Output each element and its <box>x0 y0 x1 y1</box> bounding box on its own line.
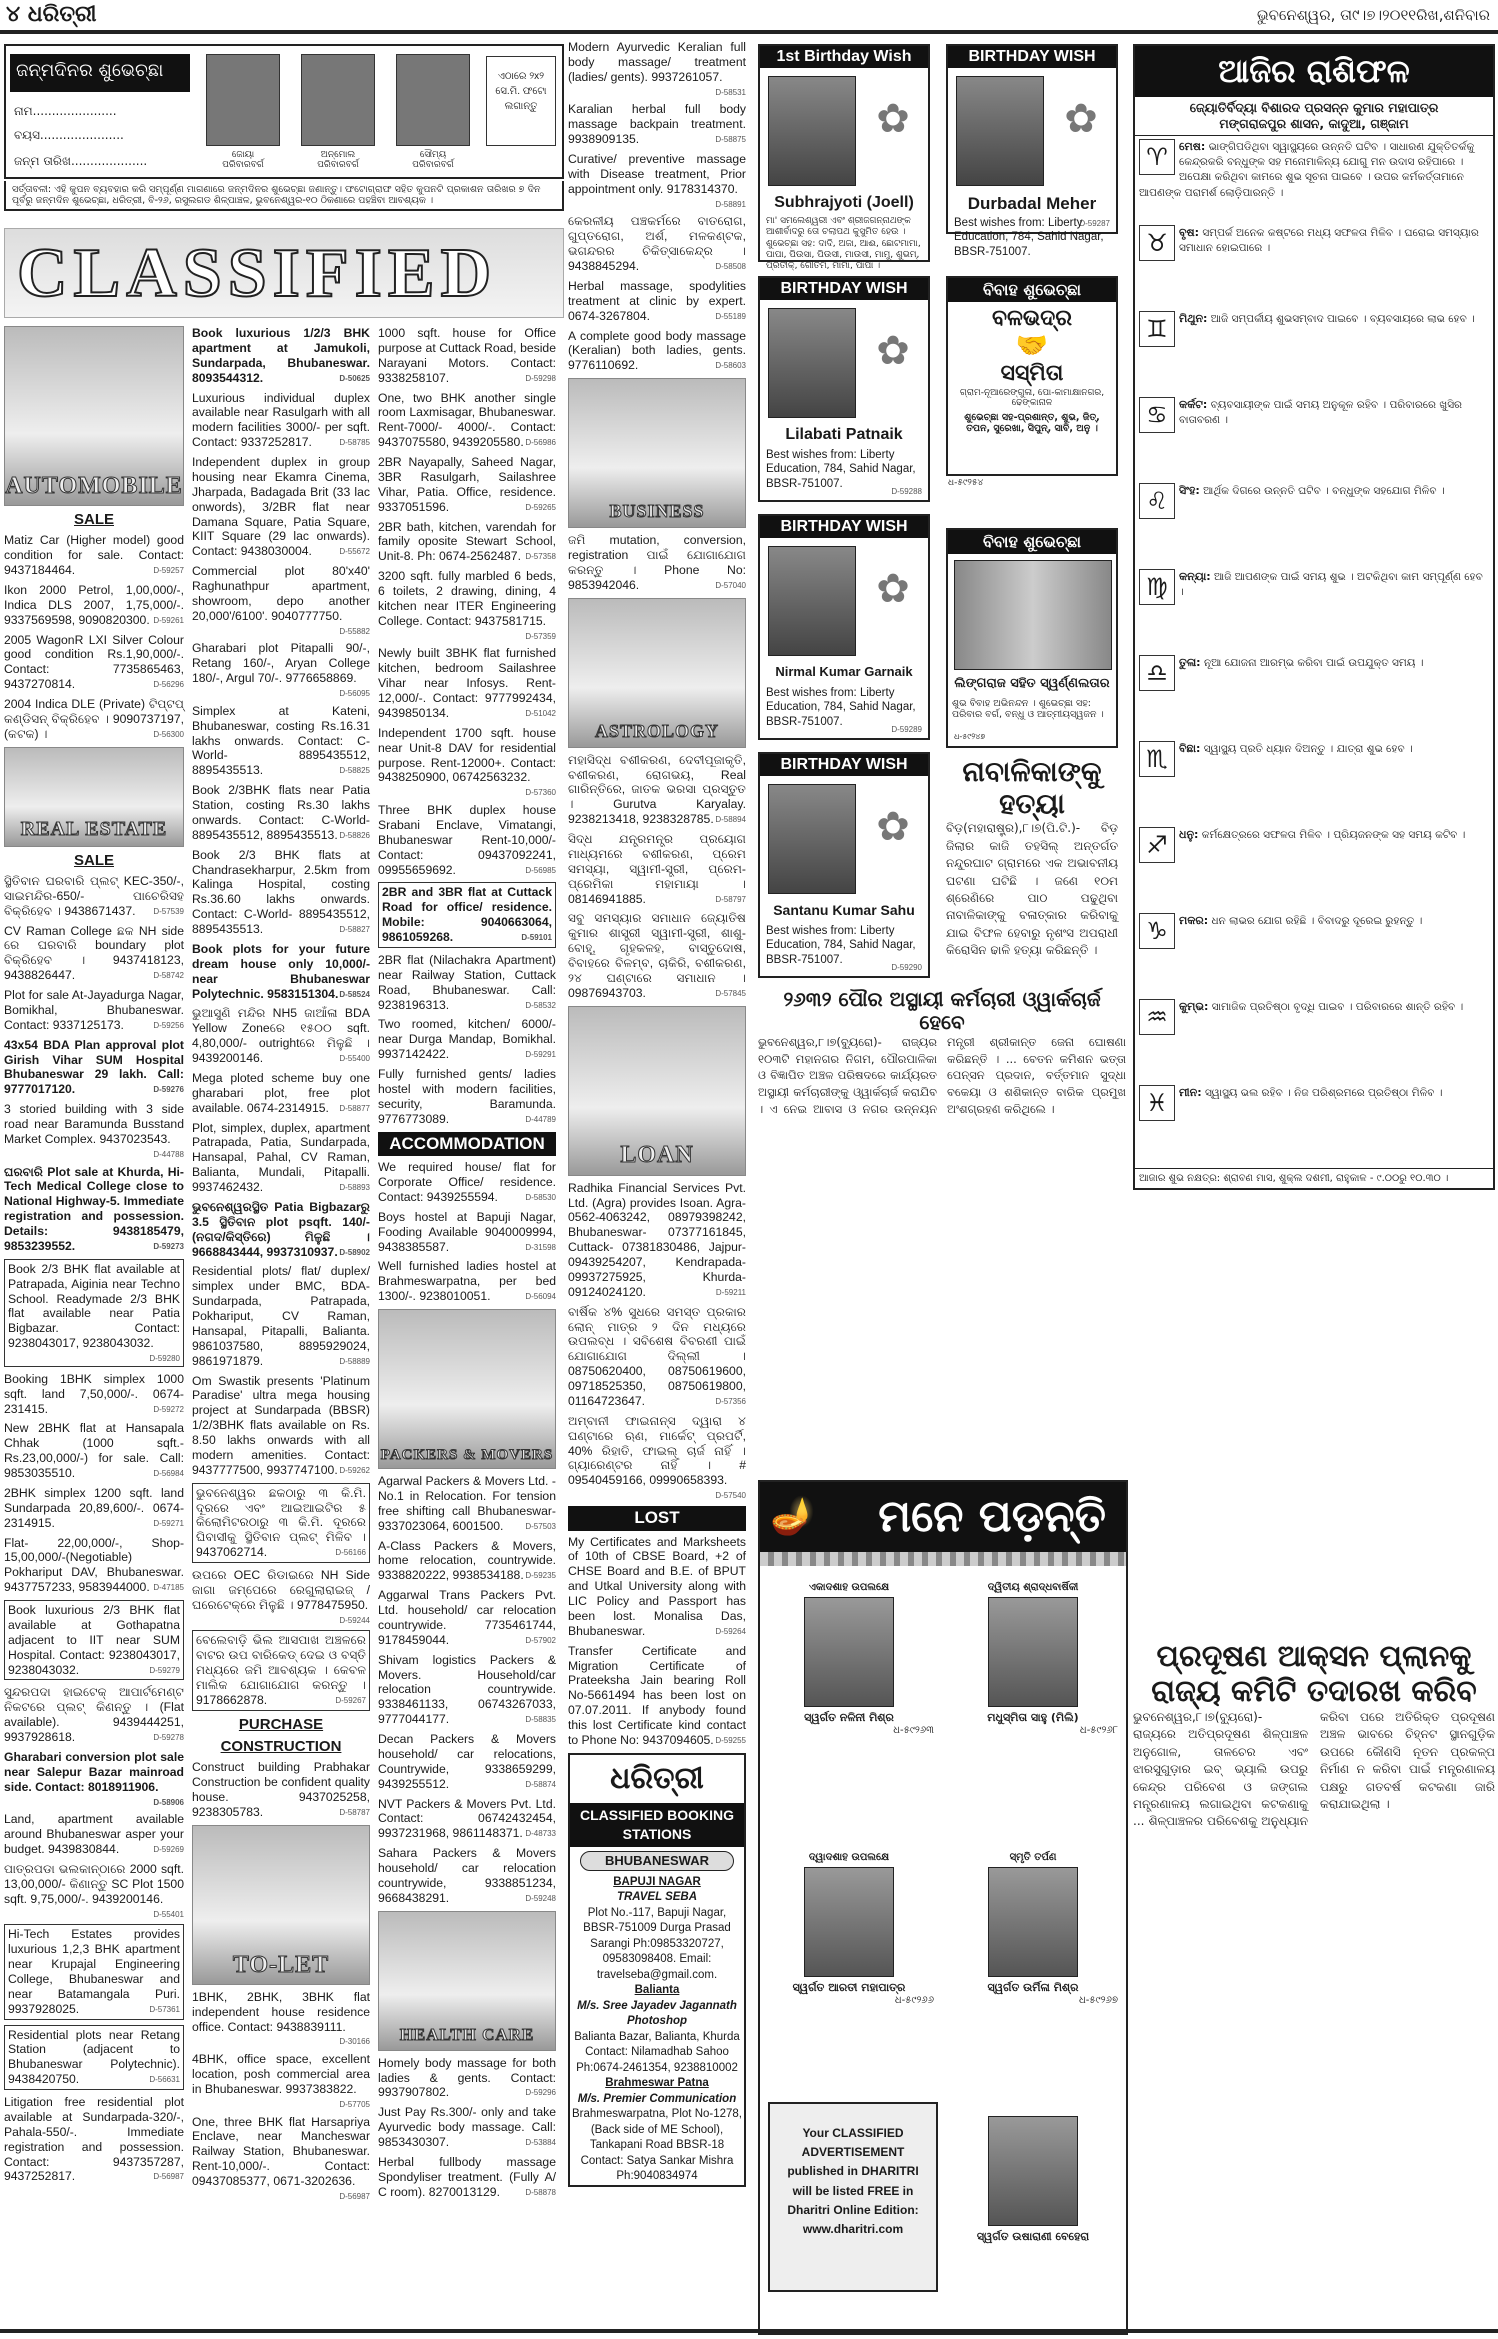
ad-code: ଧ-୫୯୨୪୭ <box>954 732 985 742</box>
section-heading: SALE <box>4 852 184 870</box>
classified-ad: Gharabari plot Pitapalli 90/-, Retang 16… <box>192 641 370 698</box>
news-article: ନାବାଳିକାଙ୍କୁ ହତ୍ୟା ବିଡ଼(ମହାରାଷ୍ଟ୍ର),୮।୭(… <box>946 756 1118 960</box>
ad-text: Independent 1700 sqft. house near Unit-8… <box>378 726 556 785</box>
wish-card: BIRTHDAY WISH ✿ Nirmal Kumar Garnaik Bes… <box>758 514 930 740</box>
ad-code: D-56300 <box>153 730 184 740</box>
sign-text: ଧନ ଲାଭର ଯୋଗ ରହିଛି । ବିବାଦରୁ ଦୂରେଇ ରୁହନ୍ତ… <box>1211 915 1422 927</box>
classified-ad: Herbal massage, spodylities treatment at… <box>568 279 746 324</box>
ad-text: 1BHK, 2BHK, 3BHK flat independent house … <box>192 1990 370 2034</box>
classified-ad: New 2BHK flat at Hansapala Chhak (1000 s… <box>4 1421 184 1481</box>
ad-code: D-59271 <box>153 1519 184 1529</box>
classified-ad: Decan Packers & Movers household/ car re… <box>378 1732 556 1792</box>
ad-text: Om Swastik presents 'Platinum Paradise' … <box>192 1374 370 1477</box>
classified-ad: Radhika Financial Services Pvt. Ltd. (Ag… <box>568 1181 746 1300</box>
wish-photo <box>768 76 856 186</box>
photo-caption: ସୌମ୍ୟପରିବାରବର୍ଗ <box>393 150 473 170</box>
sign-text: ସମ୍ପର୍କ ଅନେକ କଷ୍ଟରେ ମଧ୍ୟ ସଫଳତା ମିଳିବ । ଘ… <box>1179 227 1479 254</box>
ad-text: Hi-Tech Estates provides luxurious 1,2,3… <box>8 1927 180 2015</box>
wish-name: Subhrajyoti (Joell) <box>764 194 924 212</box>
classified-ad: Sahara Packers & Movers household/ car r… <box>378 1846 556 1906</box>
coupon-field-dob: ଜନ୍ମ ତାରିଖ.................... <box>14 154 147 169</box>
zodiac-icon: ♋ <box>1139 397 1175 433</box>
classified-ad: Well furnished ladies hostel at Brahmesw… <box>378 1259 556 1304</box>
ad-code: D-57540 <box>715 1491 746 1501</box>
couple-photo <box>954 560 1112 670</box>
ad-code: D-57356 <box>715 1397 746 1407</box>
station-area: BAPUJI NAGAR <box>613 1876 701 1888</box>
classified-ad: Three BHK duplex house Srabani Enclave, … <box>378 803 556 877</box>
classified-ad: Two roomed, kitchen/ 6000/- near Durga M… <box>378 1017 556 1062</box>
wish-name: Durbadal Meher <box>952 194 1112 214</box>
classified-ad: 2BR bath, kitchen, varendah for family o… <box>378 520 556 565</box>
page-label: ୪ ଧରିତ୍ରୀ <box>6 2 97 27</box>
news-article: ୨୬୩୨ ପୌର ଅସ୍ଥାୟୀ କର୍ମଚାରୀ ଓ୍ୱାର୍କଚାର୍ଜ ହ… <box>758 988 1126 1117</box>
child-photo <box>396 54 470 146</box>
ad-code: D-59248 <box>525 1894 556 1904</box>
classified-ad: ଅମ୍ବାନୀ ଫାଇନାନ୍ସ ଦ୍ୱାରା ୪ ଘଣ୍ଟାରେ ଋଣ, ମା… <box>568 1414 746 1501</box>
ad-code: D-59261 <box>153 616 184 626</box>
packers-image: PACKERS & MOVERS <box>378 1309 556 1469</box>
ad-code: D-59291 <box>525 1050 556 1060</box>
zodiac-icon: ♑ <box>1139 913 1175 949</box>
classified-ad: କେରଳୀୟ ପଞ୍ଚକର୍ମରେ ବାତରୋଗ, ଗୁପ୍ତରୋଗ, ଅର୍ଶ… <box>568 214 746 274</box>
zodiac-sign-entry: ♊ମିଥୁନ: ଆଜି ସମ୍ପର୍କୀୟ ଶୁଭସମ୍ବାଦ ପାଇବେ । … <box>1135 308 1493 394</box>
classified-ad: Herbal fullbody massage Spondyliser trea… <box>378 2155 556 2200</box>
classified-ad: ଉପରେ OEC ରିଡାଇରେ NH Side ଜାଗା ଜମ୍ପେରେ ରେ… <box>192 1568 370 1625</box>
classified-ad: 43x54 BDA Plan approval plot Girish Viha… <box>4 1038 184 1098</box>
lamp-icon: 🪔 <box>760 1482 815 1552</box>
photo-slot: ଏଠାରେ ୨x୨ ସେ.ମି. ଫଟୋ ଲଗାନ୍ତୁ <box>486 56 556 146</box>
zodiac-icon: ♏ <box>1139 741 1175 777</box>
zodiac-sign-entry: ♍କନ୍ୟା: ଆଜି ଆପଣଙ୍କ ପାଇଁ ସମୟ ଶୁଭ । ଅଟକିଥି… <box>1135 566 1493 652</box>
flower-border <box>760 1552 1126 1566</box>
sign-text: ସ୍ୱାସ୍ଥ୍ୟ ପ୍ରତି ଧ୍ୟାନ ଦିଅନ୍ତୁ । ଯାତ୍ରା ଶ… <box>1204 743 1413 755</box>
sign-text: ଆଜି ସମ୍ପର୍କୀୟ ଶୁଭସମ୍ବାଦ ପାଇବେ । ବ୍ୟବସାୟର… <box>1211 313 1475 325</box>
ad-code: D-58891 <box>715 200 746 210</box>
zodiac-sign-entry: ♌ସିଂହ: ଆର୍ଥିକ ଦିଗରେ ଉନ୍ନତି ଘଟିବ । ବନ୍ଧୁଙ… <box>1135 480 1493 566</box>
ad-text: 3 storied building with 3 side road near… <box>4 1102 184 1146</box>
classified-ad: ମହାସିଦ୍ଧ ବଶୀକରଣ, ଦେବୀପୂଜାକୃତି, ବଶୀକରଣ, ର… <box>568 753 746 827</box>
photo-caption: ଅନ୍‌ମୋଲପରିବାରବର୍ଗ <box>298 150 378 170</box>
classified-ad: Construct building Prabhakar Constructio… <box>192 1760 370 1820</box>
classified-ad: Simplex at Kateni, Bhubaneswar, costing … <box>192 704 370 778</box>
zodiac-sign-entry: ♋କର୍କଟ: ବ୍ୟବସାୟୀଙ୍କ ପାଇଁ ସମୟ ଅନୁକୂଳ ରହିବ… <box>1135 394 1493 480</box>
address: ଗ୍ରାମ-ନୂଆରେଙ୍ଗୁଳା, ପୋ-କାମାକ୍ଷାନଗର, ଢେଙ୍କ… <box>948 386 1116 410</box>
ad-code: ଧ-୫୯୨୫୪ <box>948 478 983 488</box>
ad-code: D-59235 <box>525 1571 556 1581</box>
ad-code: D-59244 <box>339 1616 370 1626</box>
ad-code: D-55400 <box>339 1054 370 1064</box>
ad-text: 4BHK, office space, excellent location, … <box>192 2052 370 2096</box>
news-headline: ନାବାଳିକାଙ୍କୁ ହତ୍ୟା <box>946 756 1118 820</box>
wish-name: Nirmal Kumar Garnaik <box>764 664 924 679</box>
classified-ad: Residential plots near Retang Station (a… <box>4 2025 184 2091</box>
ad-code: D-58532 <box>525 1001 556 1011</box>
ad-code: D-58785 <box>339 438 370 448</box>
couple-names: ଲିଙ୍ଗରାଜ ସହିତ ସ୍ୱର୍ଣ୍ଣଲତାର <box>952 676 1112 691</box>
horoscope-section: ଆଜିର ରାଶିଫଳ ଜ୍ୟୋତିର୍ବିଦ୍ୟା ବିଶାରଦ ପ୍ରସନ୍… <box>1133 44 1495 1190</box>
ad-code: D-59256 <box>153 1021 184 1031</box>
flower-vase-icon: ✿ <box>1056 96 1106 176</box>
classified-ad: 3 storied building with 3 side road near… <box>4 1102 184 1159</box>
wish-text: Best wishes from: Liberty Education, 784… <box>766 448 922 491</box>
ad-text: Commercial plot 80'x40' Raghunathpur apa… <box>192 564 370 623</box>
classified-ad: We required house/ flat for Corporate Of… <box>378 1160 556 1205</box>
ad-code: D-59287 <box>1079 219 1110 228</box>
ad-code: D-59255 <box>715 1736 746 1746</box>
classified-ad: 1BHK, 2BHK, 3BHK flat independent house … <box>192 1990 370 2047</box>
sign-name: ମିଥୁନ: <box>1179 312 1207 325</box>
zodiac-sign-entry: ♐ଧନୁ: କର୍ମକ୍ଷେତ୍ରରେ ସଫଳତା ମିଳିବ । ପ୍ରିୟଜ… <box>1135 824 1493 910</box>
ad-code: D-59211 <box>716 1288 746 1298</box>
ad-code: D-30166 <box>339 2037 370 2047</box>
sign-name: କନ୍ୟା: <box>1179 570 1211 583</box>
ad-code: D-55672 <box>339 547 370 557</box>
sign-text: ସାମାଜିକ ପ୍ରତିଷ୍ଠା ବୃଦ୍ଧି ପାଇବ । ପରିବାରରେ… <box>1212 1001 1463 1013</box>
flower-vase-icon: ✿ <box>868 328 918 408</box>
wish-header: BIRTHDAY WISH <box>760 278 928 300</box>
zodiac-sign-entry: ♓ମୀନ: ସ୍ୱାସ୍ଥ୍ୟ ଭଲ ରହିବ । ନିଜ ପରିଶ୍ରମରେ … <box>1135 1082 1493 1168</box>
ad-code: D-58902 <box>339 1248 370 1258</box>
obituary-section: 🪔ମନେ ପଡ଼ନ୍ତି ଏକାଦଶାହ ଉପଲକ୍ଷେସ୍ୱର୍ଗତ ନଳିନ… <box>758 1480 1128 2335</box>
wish-name: Santanu Kumar Sahu <box>764 902 924 918</box>
memorial-entry: ସ୍ୱର୍ଗତ ଉଷାରାଣୀ ବେହେରା <box>948 2112 1118 2244</box>
sign-text: ଆଜି ଆପଣଙ୍କ ପାଇଁ ସମୟ ଶୁଭ । ଅଟକିଥିବା କାମ ସ… <box>1179 571 1483 598</box>
station-details: Balianta Bazar, Balianta, Khurda Contact… <box>570 2030 744 2077</box>
ad-code: D-58603 <box>715 361 746 371</box>
wish-text: ମା' ସମଲେଶ୍ୱରୀ ଏବଂ ଶ୍ରୀଜଗନ୍ନାଥଙ୍କ ଆଶୀର୍ବା… <box>766 216 922 272</box>
groom-name: ବଳଭଦ୍ର <box>948 306 1116 331</box>
ad-code: D-44788 <box>153 1150 184 1160</box>
zodiac-sign-entry: ♑ମକର: ଧନ ଲାଭର ଯୋଗ ରହିଛି । ବିବାଦରୁ ଦୂରେଇ … <box>1135 910 1493 996</box>
ad-code: D-59269 <box>153 1845 184 1855</box>
coupon-terms: ସର୍ତ୍ତାବଳୀ: ଏହି କୁପନ ବ୍ୟବହାର କରି ସମ୍ପୂର୍… <box>4 181 564 211</box>
classified-ad: One, three BHK flat Harsapriya Enclave, … <box>192 2115 370 2202</box>
zodiac-icon: ♓ <box>1139 1085 1175 1121</box>
ad-code: D-57539 <box>153 907 184 917</box>
ad-code: D-58875 <box>715 135 746 145</box>
sign-name: କର୍କଟ: <box>1179 398 1207 411</box>
news-body: ଭୁବନେଶ୍ୱର,୮।୭(ବ୍ୟୁରୋ)- ରାଜ୍ୟର ୧୦୩ଟି ମହାନ… <box>758 1034 1126 1117</box>
memorial-entry: ସ୍ମୃତି ତର୍ପଣସ୍ୱର୍ଗତ ଉର୍ମିଳା ମିଶ୍ରଧ-୫୯୨୬୭ <box>948 1852 1118 2006</box>
classified-ad: ସ୍ଥିତିବାନ ଘରବାରି ପ୍ଲଟ୍ KEC-350/-, ସାଇମନ୍… <box>4 874 184 919</box>
classified-ad: Modern Ayurvedic Keralian full body mass… <box>568 40 746 97</box>
classified-ad: ବେଲେବାଡ଼ି ଭିଲ ଆସପାଖ ଅଞ୍ଚଳରେ ବାଟର ଉପ ବାରି… <box>192 1630 370 1710</box>
classified-ad: ଜମି mutation, conversion, registration ପ… <box>568 533 746 593</box>
ad-text: ଅମ୍ବାନୀ ଫାଇନାନ୍ସ ଦ୍ୱାରା ୪ ଘଣ୍ଟାରେ ଋଣ, ମା… <box>568 1414 746 1488</box>
ad-code: D-56296 <box>153 680 184 690</box>
wish-photo <box>956 76 1044 186</box>
wish-photo <box>768 308 856 418</box>
classified-ad: Karalian herbal full body massage backpa… <box>568 102 746 147</box>
ad-code: D-59257 <box>153 566 184 576</box>
ad-code: D-58797 <box>715 895 746 905</box>
sign-name: ମୀନ: <box>1179 1086 1202 1099</box>
photo-caption: ଜୋୟାପରିବାରବର୍ଗ <box>203 150 283 170</box>
zodiac-icon: ♉ <box>1139 225 1175 261</box>
zodiac-icon: ♊ <box>1139 311 1175 347</box>
column-4: Modern Ayurvedic Keralian full body mass… <box>568 40 746 2187</box>
zodiac-icon: ♒ <box>1139 999 1175 1035</box>
handshake-icon: 🤝 <box>948 331 1116 361</box>
ad-code: D-56985 <box>525 866 556 876</box>
news-body: ବିଡ଼(ମହାରାଷ୍ଟ୍ର),୮।୭(ପି.ଟି.)- ବିଡ଼ ଜିଲାର… <box>946 820 1118 959</box>
classified-ad: Book 2/3 BHK flats at Chandrasekharpur, … <box>192 848 370 937</box>
ad-code: D-56094 <box>525 1292 556 1302</box>
classified-ad: Book luxurious 2/3 BHK flat available at… <box>4 1600 184 1680</box>
zodiac-sign-entry: ♒କୁମ୍ଭ: ସାମାଜିକ ପ୍ରତିଷ୍ଠା ବୃଦ୍ଧି ପାଇବ । … <box>1135 996 1493 1082</box>
sign-name: ବିଛା: <box>1179 742 1200 755</box>
ad-code: D-51042 <box>525 709 556 719</box>
ad-code: D-55882 <box>339 627 370 637</box>
ad-code: D-58835 <box>525 1715 556 1725</box>
ad-code: D-56095 <box>339 689 370 699</box>
marriage-wish-card: ବିବାହ ଶୁଭେଚ୍ଛା ଲିଙ୍ଗରାଜ ସହିତ ସ୍ୱର୍ଣ୍ଣଲତା… <box>946 528 1118 748</box>
ad-code: D-58530 <box>525 1193 556 1203</box>
zodiac-icon: ♈ <box>1139 139 1175 175</box>
ad-text: Gharabari conversion plot sale near Sale… <box>4 1750 184 1794</box>
classified-ad: ଭୁଆସୁଣି ମନ୍ଦିର NH5 ଜାଆଁଳା BDA Yellow Zon… <box>192 1006 370 1066</box>
ad-text: ଘରବାରି Plot sale at Khurda, Hi-Tech Medi… <box>4 1165 184 1253</box>
station-details: Plot No.-117, Bapuji Nagar, BBSR-751009 … <box>570 1906 744 1984</box>
wish-header: ବିବାହ ଶୁଭେଚ୍ଛା <box>948 530 1116 554</box>
ad-code: D-57360 <box>525 788 556 798</box>
masthead: ୪ ଧରିତ୍ରୀ ଭୁବନେଶ୍ୱର, ତା୯।୭।୨୦୧୧ରିଖ,ଶନିବା… <box>0 0 1498 34</box>
wish-card: BIRTHDAY WISH ✿ Durbadal Meher Best wish… <box>946 44 1118 234</box>
classified-ad: Shivam logistics Packers & Movers. House… <box>378 1653 556 1727</box>
column-2: Book luxurious 1/2/3 BHK apartment at Ja… <box>192 326 370 2207</box>
classified-ad: Independent duplex in group housing near… <box>192 455 370 559</box>
booking-title: CLASSIFIED BOOKING STATIONS <box>570 1803 744 1847</box>
ad-code: D-58524 <box>339 990 370 1000</box>
classified-ad: Litigation free residential plot availab… <box>4 2095 184 2184</box>
wish-name: Lilabati Patnaik <box>764 426 924 444</box>
sign-name: ମେଷ: <box>1179 140 1205 153</box>
horoscope-footer: ଆଜାର ଶୁଭ ନକ୍ଷତ୍ର: ଶ୍ରାବଣ ମାସ, ଶୁକ୍ଲ ଦଶମୀ… <box>1135 1168 1493 1188</box>
ad-code: D-57358 <box>525 552 556 562</box>
ad-code: D-59290 <box>891 963 922 972</box>
classified-ad: Transfer Certificate and Migration Certi… <box>568 1644 746 1748</box>
obituary-header: 🪔ମନେ ପଡ଼ନ୍ତି <box>760 1482 1126 1552</box>
section-heading: CONSTRUCTION <box>192 1738 370 1756</box>
classified-ad: Homely body massage for both ladies & ge… <box>378 2056 556 2101</box>
astrologer-info: ଜ୍ୟୋତିର୍ବିଦ୍ୟା ବିଶାରଦ ପ୍ରସନ୍ନ କୁମାର ମହାପ… <box>1135 97 1493 136</box>
zodiac-sign-entry: ♎ତୁଳା: ନୂଆ ଯୋଜନା ଆରମ୍ଭ କରିବା ପାଇଁ ଉପଯୁକ୍… <box>1135 652 1493 738</box>
classified-ad: Just Pay Rs.300/- only and take Ayurvedi… <box>378 2105 556 2150</box>
ad-code: D-59296 <box>525 2088 556 2098</box>
ad-code: D-56984 <box>153 1469 184 1479</box>
classified-ad: Boys hostel at Bapuji Nagar, Fooding Ava… <box>378 1210 556 1255</box>
station-details: Brahmeswarpatna, Plot No-1278, (Back sid… <box>570 2107 744 2185</box>
health-care-image: HEALTH CARE <box>378 1911 556 2051</box>
ad-code: D-57040 <box>715 581 746 591</box>
classified-ad: Book plots for your future dream house o… <box>192 942 370 1002</box>
classified-ad: Gharabari conversion plot sale near Sale… <box>4 1750 184 1807</box>
ad-code: D-58878 <box>525 2188 556 2198</box>
sign-text: ଆର୍ଥିକ ଦିଗରେ ଉନ୍ନତି ଘଟିବ । ବନ୍ଧୁଙ୍କ ସହଯୋ… <box>1203 485 1444 497</box>
to-let-image: TO-LET <box>192 1825 370 1985</box>
ad-code: D-58825 <box>339 766 370 776</box>
classified-ad: ଭୁବନେଶ୍ୱରସ୍ଥିତ Patia Bigbazarରୁ 3.5 ସ୍ଥି… <box>192 1200 370 1260</box>
coupon-field-age: ବୟସ...................... <box>14 128 124 143</box>
classified-ad: ସୁନ୍ଦରପଦା ହାଇଟେକ୍ ଆପାର୍ଟମେଣ୍ଟ ନିକଟରେ ପ୍ଲ… <box>4 1685 184 1745</box>
zodiac-sign-entry: ♉ବୃଷ: ସମ୍ପର୍କ ଅନେକ କଷ୍ଟରେ ମଧ୍ୟ ସଫଳତା ମିଳ… <box>1135 222 1493 308</box>
horoscope-title: ଆଜିର ରାଶିଫଳ <box>1135 46 1493 97</box>
dharitri-logo: ଧରିତ୍ରୀ <box>570 1755 744 1804</box>
ad-code: D-56166 <box>335 1548 366 1558</box>
business-image: BUSINESS <box>568 378 746 528</box>
column-1: AUTOMOBILE SALE Matiz Car (Higher model)… <box>4 326 184 2189</box>
sign-name: ସିଂହ: <box>1179 484 1200 497</box>
news-headline: ପ୍ରଦୂଷଣ ଆକ୍ସନ ପ୍ଲାନକୁ ରାଜ୍ୟ କମିଟି ତଦାରଖ … <box>1133 1640 1495 1709</box>
ad-code: D-56987 <box>339 2192 370 2202</box>
wish-card: BIRTHDAY WISH ✿ Lilabati Patnaik Best wi… <box>758 276 930 502</box>
wish-text: Best wishes from: Liberty Education, 784… <box>766 924 922 967</box>
ad-text: Litigation free residential plot availab… <box>4 2095 184 2183</box>
zodiac-icon: ♍ <box>1139 569 1175 605</box>
section-heading: LOST <box>568 1506 746 1531</box>
classified-ad: Om Swastik presents 'Platinum Paradise' … <box>192 1374 370 1478</box>
ad-code: D-59273 <box>153 1242 184 1252</box>
wish-header: 1st Birthday Wish <box>760 46 928 68</box>
bride-name: ସସ୍ମିତା <box>948 361 1116 386</box>
station-area: Brahmeswar Patna <box>605 2077 709 2089</box>
ad-code: D-56986 <box>525 438 556 448</box>
classified-ad: ପାତ୍ରପଡା ଭଲକାନ୍‌ଠାରେ 2000 sqft. 13,00,00… <box>4 1862 184 1919</box>
child-photo <box>301 54 375 146</box>
ad-code: D-58508 <box>715 262 746 272</box>
news-article: ପ୍ରଦୂଷଣ ଆକ୍ସନ ପ୍ଲାନକୁ ରାଜ୍ୟ କମିଟି ତଦାରଖ … <box>1133 1640 1495 1831</box>
flower-vase-icon: ✿ <box>868 566 918 646</box>
automobile-image: AUTOMOBILE <box>4 326 184 506</box>
ad-code: D-59101 <box>521 933 552 943</box>
classified-ad: Flat- 22,00,000/-, Shop- 15,00,000/-(Neg… <box>4 1536 184 1596</box>
memorial-entry: ଏକାଦଶାହ ଉପଲକ୍ଷେସ୍ୱର୍ଗତ ନଳିନୀ ମିଶ୍ରଧ-୫୯୨୬… <box>764 1582 934 1736</box>
ad-code: D-59264 <box>715 1627 746 1637</box>
ad-code: D-56987 <box>153 2172 184 2182</box>
sign-text: ସ୍ୱାସ୍ଥ୍ୟ ଭଲ ରହିବ । ନିଜ ପରିଶ୍ରମରେ ପ୍ରତିଷ… <box>1205 1087 1443 1099</box>
ad-code: D-53884 <box>525 2138 556 2148</box>
sign-name: କୁମ୍ଭ: <box>1179 1000 1208 1013</box>
ad-code: D-58894 <box>715 815 746 825</box>
ad-code: D-55189 <box>715 312 746 322</box>
classified-ad: ଘରବାରି Plot sale at Khurda, Hi-Tech Medi… <box>4 1165 184 1254</box>
classified-ad: CV Raman College ଛକ NH side ରେ ଘରବାରି bo… <box>4 924 184 984</box>
ad-code: D-50625 <box>339 374 370 384</box>
classified-ad: NVT Packers & Movers Pvt. Ltd. Contact: … <box>378 1797 556 1842</box>
section-heading: ACCOMMODATION <box>378 1132 556 1157</box>
online-promo: Your CLASSIFIED ADVERTISEMENT published … <box>768 2102 938 2292</box>
classified-ad: ସବୁ ସମସ୍ୟାର ସମାଧାନ ଜ୍ୟୋତିଷ କୁମାର ଶାସ୍ତ୍ର… <box>568 911 746 1000</box>
ad-code: D-59289 <box>891 725 922 734</box>
ad-text: One, three BHK flat Harsapriya Enclave, … <box>192 2115 370 2189</box>
booking-stations-box: ଧରିତ୍ରୀ CLASSIFIED BOOKING STATIONS BHUB… <box>568 1753 746 2187</box>
classified-ad: Agarwal Packers & Movers Ltd. - No.1 in … <box>378 1474 556 1534</box>
zodiac-icon: ♌ <box>1139 483 1175 519</box>
station-name: M/s. Sree Jayadev Jagannath Photoshop <box>577 2000 737 2028</box>
wish-photo <box>768 784 856 894</box>
ad-code: D-58531 <box>715 88 746 98</box>
ad-text: Book 2/3 BHK flats at Chandrasekharpur, … <box>192 848 370 936</box>
classified-ad: 2005 WagonR LXI Silver Colour good condi… <box>4 633 184 693</box>
sign-name: ତୁଳା: <box>1179 656 1201 669</box>
ad-code: D-58827 <box>339 925 370 935</box>
classified-ad: Independent 1700 sqft. house near Unit-8… <box>378 726 556 798</box>
zodiac-icon: ♎ <box>1139 655 1175 691</box>
ad-code: D-59280 <box>149 1354 180 1364</box>
classified-ad: Mega ploted scheme buy one gharabari plo… <box>192 1071 370 1116</box>
ad-code: D-56631 <box>149 2075 180 2085</box>
ad-code: D-48733 <box>525 1829 556 1839</box>
ad-text: ପାତ୍ରପଡା ଭଲକାନ୍‌ଠାରେ 2000 sqft. 13,00,00… <box>4 1862 184 1906</box>
footer-rule <box>0 2329 1498 2333</box>
station-name: M/s. Premier Communication <box>578 2093 736 2105</box>
ad-text: 3200 sqft. fully marbled 6 beds, 6 toile… <box>378 569 556 628</box>
classified-ad: 1000 sqft. house for Office purpose at C… <box>378 326 556 386</box>
wish-card: BIRTHDAY WISH ✿ Santanu Kumar Sahu Best … <box>758 752 930 978</box>
ad-code: D-59276 <box>153 1085 184 1095</box>
wish-header: ବିବାହ ଶୁଭେଚ୍ଛା <box>948 278 1116 302</box>
flower-vase-icon: ✿ <box>868 96 918 176</box>
classified-ad: Land, apartment available around Bhubane… <box>4 1812 184 1857</box>
sign-text: କର୍ମକ୍ଷେତ୍ରରେ ସଫଳତା ମିଳିବ । ପ୍ରିୟଜନଙ୍କ ସ… <box>1202 829 1466 841</box>
ad-text: Residential plots/ flat/ duplex/ simplex… <box>192 1264 370 1367</box>
ad-code: D-59262 <box>339 1466 370 1476</box>
wish-card: 1st Birthday Wish ✿ Subhrajyoti (Joell) … <box>758 44 930 262</box>
wish-text: ଶୁଭ ବିବାହ ଅଭିନନ୍ଦନ । ଶୁଭେଚ୍ଛା ସହ: ପରିବାର… <box>952 698 1112 720</box>
city-label: BHUBANESWAR <box>580 1851 734 1871</box>
ad-code: D-31598 <box>525 1243 556 1253</box>
ad-code: D-57503 <box>525 1522 556 1532</box>
classified-ad: 3200 sqft. fully marbled 6 beds, 6 toile… <box>378 569 556 641</box>
ad-code: D-55401 <box>153 1910 184 1920</box>
news-headline: ୨୬୩୨ ପୌର ଅସ୍ଥାୟୀ କର୍ମଚାରୀ ଓ୍ୱାର୍କଚାର୍ଜ ହ… <box>758 988 1126 1034</box>
flower-vase-icon: ✿ <box>868 804 918 884</box>
classified-ad: Book 2/3BHK flats near Patia Station, co… <box>192 783 370 843</box>
wish-text: ଶୁଭେଚ୍ଛା ସହ-ପ୍ରଶାନ୍ତ, ଶୁଭ, ଜିତ୍, ତପନ, ସୁ… <box>948 410 1116 436</box>
real-estate-image: REAL ESTATE <box>4 747 184 847</box>
ad-code: D-58742 <box>153 971 184 981</box>
ad-code: D-57902 <box>525 1636 556 1646</box>
column-3: 1000 sqft. house for Office purpose at C… <box>378 326 556 2205</box>
ad-text: ବାର୍ଷିକ ୪% ସୁଧରେ ସମସ୍ତ ପ୍ରକାର ଲୋନ୍ ମାତ୍ର… <box>568 1305 746 1408</box>
ad-code: D-58877 <box>339 1104 370 1114</box>
sign-text: ନୂଆ ଯୋଜନା ଆରମ୍ଭ କରିବା ପାଇଁ ଉପଯୁକ୍ତ ସମୟ । <box>1204 657 1424 669</box>
classified-ad: Curative/ preventive massage with Diseas… <box>568 152 746 209</box>
station-area: Balianta <box>635 1984 680 1996</box>
ad-text: ସବୁ ସମସ୍ୟାର ସମାଧାନ ଜ୍ୟୋତିଷ କୁମାର ଶାସ୍ତ୍ର… <box>568 911 746 999</box>
birthday-coupon: ଜନ୍ମଦିନର ଶୁଭେଚ୍ଛା ନାମ...................… <box>4 44 564 179</box>
ad-code: D-59272 <box>153 1405 184 1415</box>
child-photo <box>206 54 280 146</box>
classified-ad: Book 2/3 BHK flat available at Patrapada… <box>4 1259 184 1367</box>
ad-code: D-57845 <box>715 989 746 999</box>
wish-photo <box>768 546 856 656</box>
ad-text: Book 2/3 BHK flat available at Patrapada… <box>8 1262 180 1350</box>
zodiac-sign-entry: ♈ମେଷ: ଭାଙ୍ଗିପଡିଥିବା ସ୍ୱାସ୍ଥ୍ୟରେ ଉନ୍ନତି ଘ… <box>1135 136 1493 222</box>
coupon-field-name: ନାମ...................... <box>14 104 117 119</box>
ad-code: D-58874 <box>525 1780 556 1790</box>
classified-ad: Residential plots/ flat/ duplex/ simplex… <box>192 1264 370 1368</box>
wish-header: BIRTHDAY WISH <box>760 516 928 538</box>
ad-text: My Certificates and Marksheets of 10th o… <box>568 1535 746 1638</box>
classified-ad: 2BR flat (Nilachakra Apartment) near Rai… <box>378 953 556 1013</box>
ad-code: D-57361 <box>149 2005 180 2015</box>
classified-ad: Plot, simplex, duplex, apartment Patrapa… <box>192 1121 370 1195</box>
wish-header: BIRTHDAY WISH <box>760 754 928 776</box>
zodiac-icon: ♐ <box>1139 827 1175 863</box>
classified-ad: A-Class Packers & Movers, home relocatio… <box>378 1539 556 1584</box>
